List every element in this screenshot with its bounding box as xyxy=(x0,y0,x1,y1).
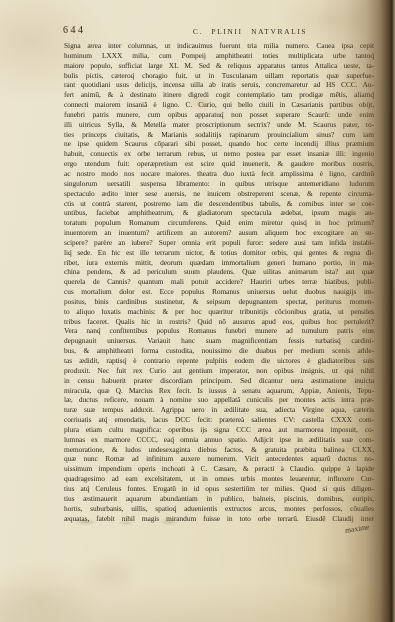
text-line: lumnas ex marmore CCCC, eaq́ omnia annuo… xyxy=(64,435,374,445)
text-line: memoratione, & ludos undesexaginta diebu… xyxy=(64,445,374,455)
text-line: tius æstimauerit aquarum abundantiam in … xyxy=(64,494,374,504)
text-line: ergo utendum fuit: operæpretium est scir… xyxy=(64,159,374,169)
text-line: æquatas, fatebit nihil magis mirandum fu… xyxy=(64,514,374,524)
text-block: Signa ærea inter columnas, ut indicauimu… xyxy=(64,41,374,523)
text-line: ties princeps ciuitatis, & Marianis soda… xyxy=(64,130,374,140)
text-line: tribus faceret. Qualis hic in rostris? Q… xyxy=(64,317,374,327)
page-number: 644 xyxy=(63,25,86,36)
text-line: ne ipse quidem Scaurus cōparari sibi pos… xyxy=(64,139,374,149)
text-line: ctis ut contrà starent, postremo iam die… xyxy=(64,199,374,209)
text-line: maiore populo, sufficiat large XL M. Sed… xyxy=(64,61,374,71)
text-line: Vera nanq́ confitentibus populus Romanus… xyxy=(64,326,374,336)
text-line: plura etiam cultu magnifica: operibus ij… xyxy=(64,425,374,435)
text-line: china pendens, & ad periculum suum plaud… xyxy=(64,267,374,277)
text-line: læ, ductus reficere, nouam à nomine suo … xyxy=(64,395,374,405)
text-line: uissimum impendium operis inchoati à C. … xyxy=(64,464,374,474)
text-line: ac nostro modo nos uocare maiores. theat… xyxy=(64,169,374,179)
text-line: quadragesimo ad eam excelsitatem, ut in … xyxy=(64,474,374,484)
text-line: connecti maiorem insaniā è ligno. C. Cur… xyxy=(64,100,374,110)
text-line: turæ suæ tempus adduxit. Agrippa uero in… xyxy=(64,405,374,415)
text-line: untibus, faciebat amphitheatrum, & gladi… xyxy=(64,208,374,218)
text-line: hominum LXXX milia, cum Pompeij amphithe… xyxy=(64,51,374,61)
text-line: Signa ærea inter columnas, ut indicauimu… xyxy=(64,41,374,51)
text-line: querela de Cannis? quantum mali potuit a… xyxy=(64,277,374,287)
catchword: maxime xyxy=(344,522,369,535)
text-line: habuit, conuectis ex orbe terrarum rebus… xyxy=(64,149,374,159)
text-line: tius atq́ Ceruleus fontes. Erogatū in id… xyxy=(64,484,374,494)
text-line: fert animū, & à destinato itinere digred… xyxy=(64,90,374,100)
text-line: inuentorem an inuentum? artificem an aut… xyxy=(64,228,374,238)
text-line: miracula, quæ Q. Marcius Rex fecit. Is i… xyxy=(64,386,374,396)
text-line: rant quotidiani usus delicijs, incensa u… xyxy=(64,80,374,90)
text-line: hortis, suburbanis, uillis, spatioq́ adu… xyxy=(64,504,374,514)
text-line: depugnauit uniuersus. Variauit hanc suam… xyxy=(64,336,374,346)
text-line: ribet, iura externis mittit, deorum quæd… xyxy=(64,258,374,268)
text-line: bus, & amphitheatri forma custodita, nou… xyxy=(64,346,374,356)
text-line: liq́ sede. En hic est ille terrarum uict… xyxy=(64,248,374,258)
text-line: corriuatis atq́ emendatis, lacus DCC fec… xyxy=(64,415,374,425)
text-line: scipere? parère an iubere? Super omnia e… xyxy=(64,238,374,248)
running-title: C. PLINII NATVRALIS xyxy=(130,27,370,36)
text-line: tas ædidit, raptisq́ è contrario repente… xyxy=(64,356,374,366)
text-line: spectaculo ædito inter sese auersis, ne … xyxy=(64,189,374,199)
text-line: to aliquo luxatis machinis: & per hoc qu… xyxy=(64,307,374,317)
book-page: 644 C. PLINII NATVRALIS Signa ærea inter… xyxy=(0,0,395,622)
text-line: singulorum uersatili suspensa libramento… xyxy=(64,179,374,189)
text-line: funebri patris munere, cum opibus appara… xyxy=(64,110,374,120)
text-line: quæ nunc Romæ ad infinitum auxere numeru… xyxy=(64,454,374,464)
text-line: toratum populum Romanum circumferens. Qu… xyxy=(64,218,374,228)
text-line: produxit. Nec fuit rex Curio aut gentium… xyxy=(64,366,374,376)
text-line: in censu habuerit præter discordiam prin… xyxy=(64,376,374,386)
text-line: illi uitricus Sylla, & Metella mater pro… xyxy=(64,120,374,130)
text-line: positus, binis cardinibus sustinetur, & … xyxy=(64,297,374,307)
text-line: bulis pictis, cæteroq́ choragio fuit, ut… xyxy=(64,71,374,81)
paper-stain xyxy=(300,560,360,590)
text-line: cus mortalium dolor est. Ecce populus Ro… xyxy=(64,287,374,297)
